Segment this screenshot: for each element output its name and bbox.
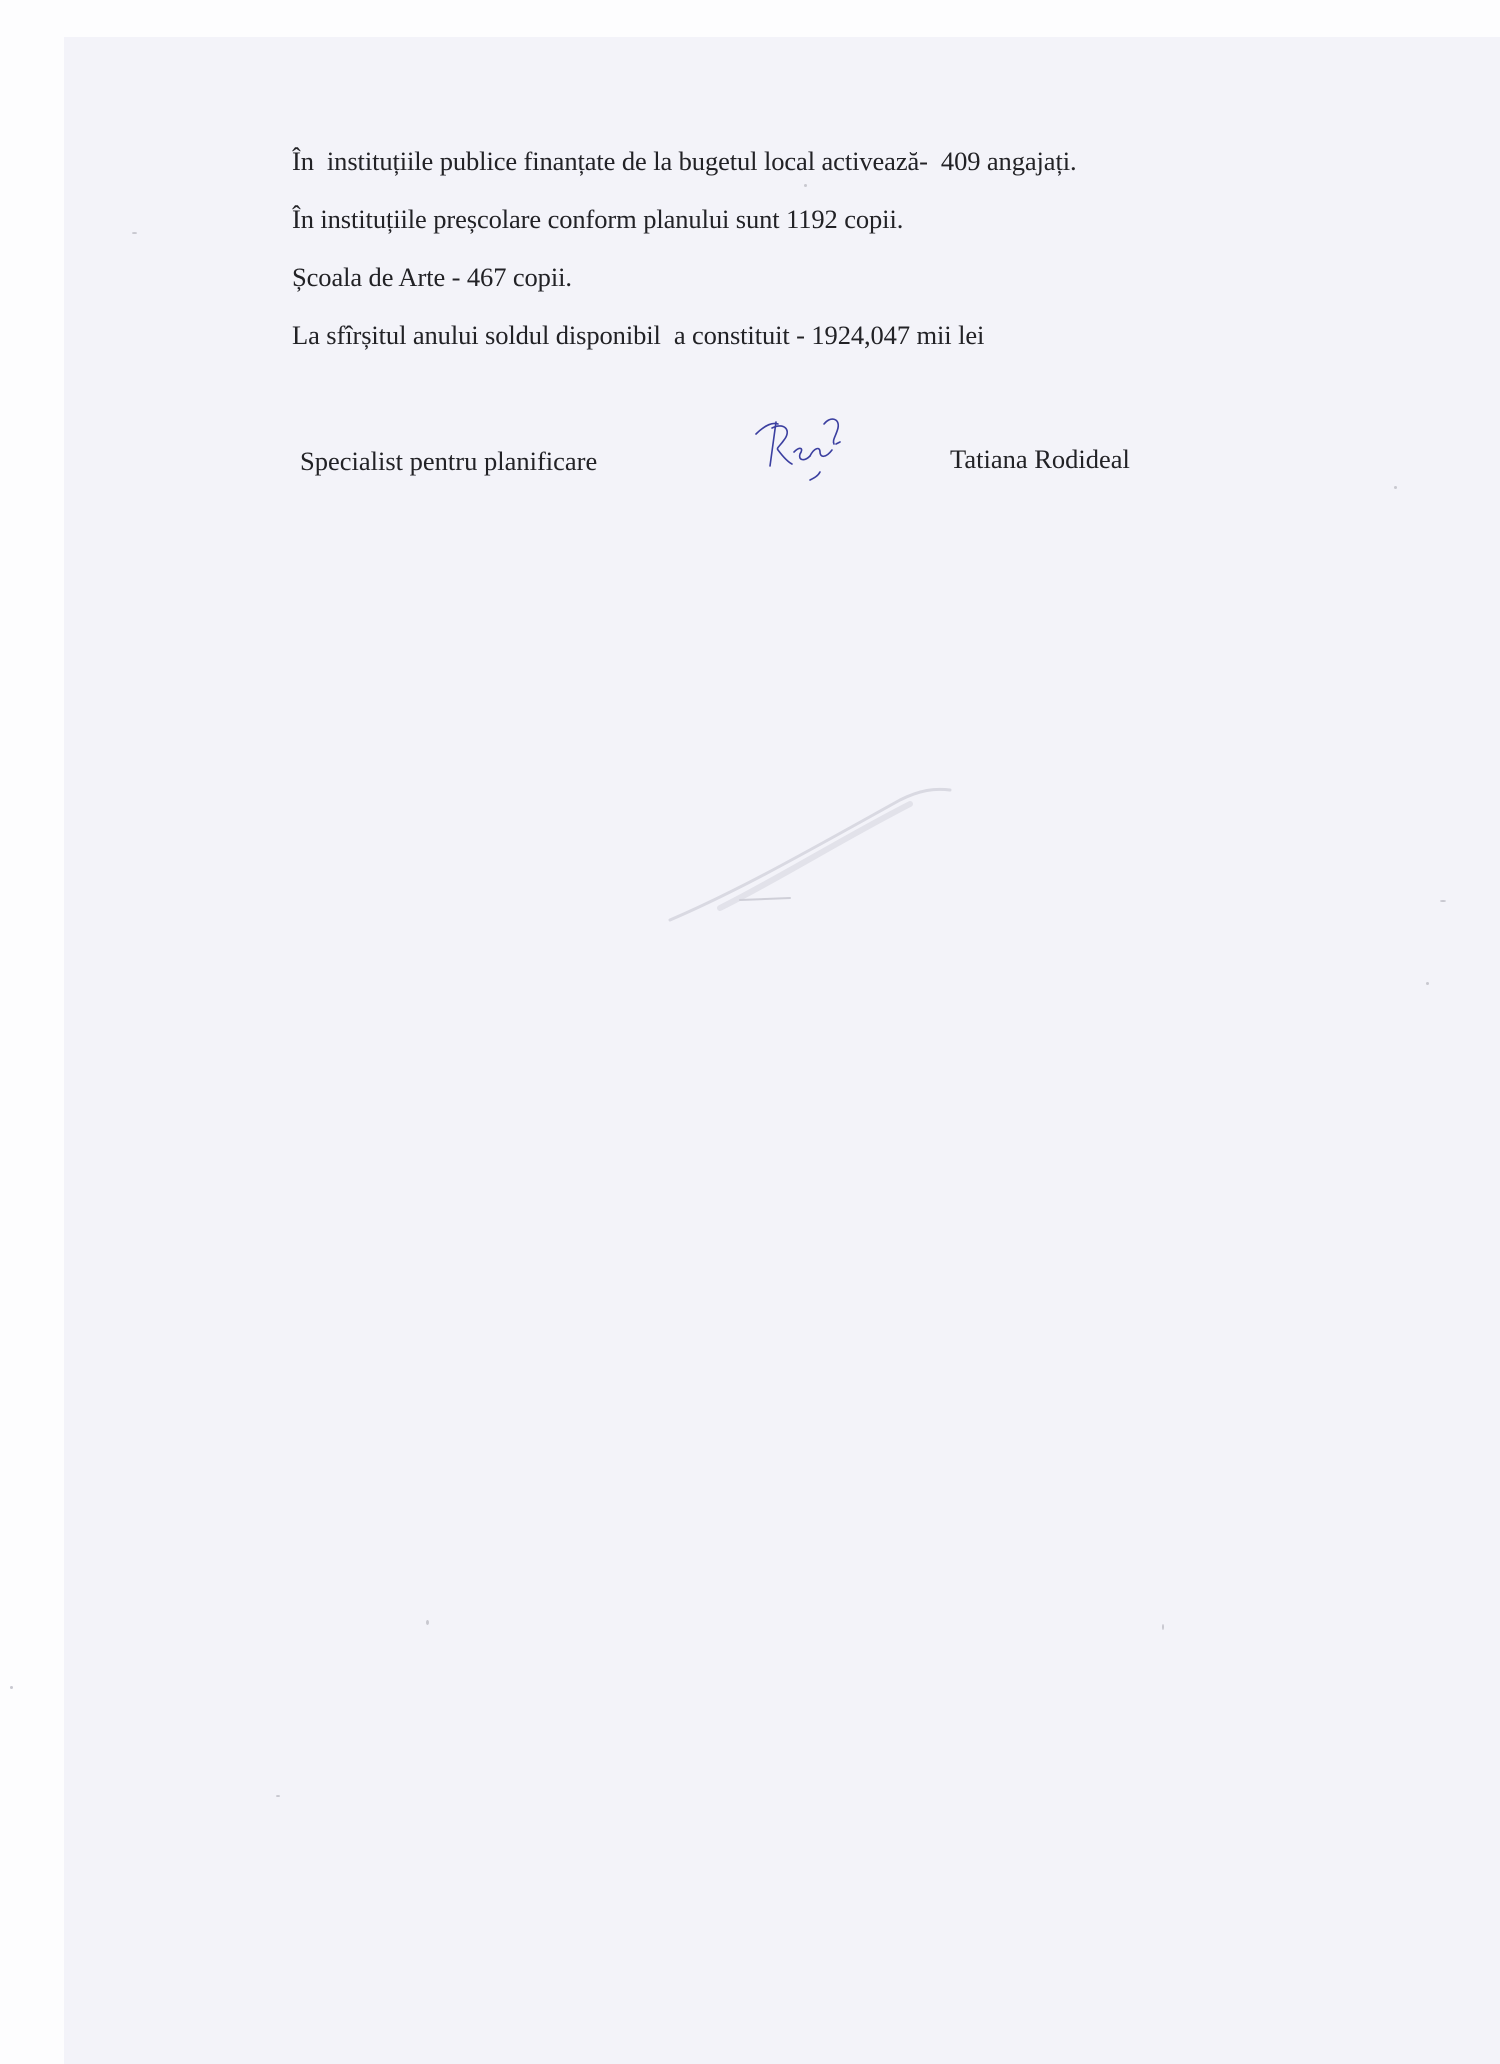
handwritten-signature bbox=[748, 396, 858, 486]
paper-smudge bbox=[660, 760, 1000, 940]
scan-speck bbox=[426, 1620, 429, 1625]
scan-speck bbox=[1162, 1624, 1164, 1630]
scan-speck bbox=[1426, 982, 1429, 985]
scan-speck bbox=[276, 1795, 280, 1797]
scan-speck bbox=[804, 184, 807, 187]
scan-speck bbox=[1440, 900, 1446, 902]
text-line-art-school: Școala de Arte - 467 copii. bbox=[292, 262, 572, 293]
text-line-preschool: În instituțiile preșcolare conform planu… bbox=[292, 204, 903, 235]
signatory-role: Specialist pentru planificare bbox=[300, 446, 597, 477]
text-line-employees: În instituțiile publice finanțate de la … bbox=[292, 146, 1077, 177]
scan-speck bbox=[132, 232, 137, 234]
text-line-balance: La sfîrșitul anului soldul disponibil a … bbox=[292, 320, 984, 351]
signatory-name: Tatiana Rodideal bbox=[950, 444, 1130, 475]
scan-speck bbox=[1394, 486, 1397, 489]
scan-speck bbox=[10, 1686, 13, 1689]
